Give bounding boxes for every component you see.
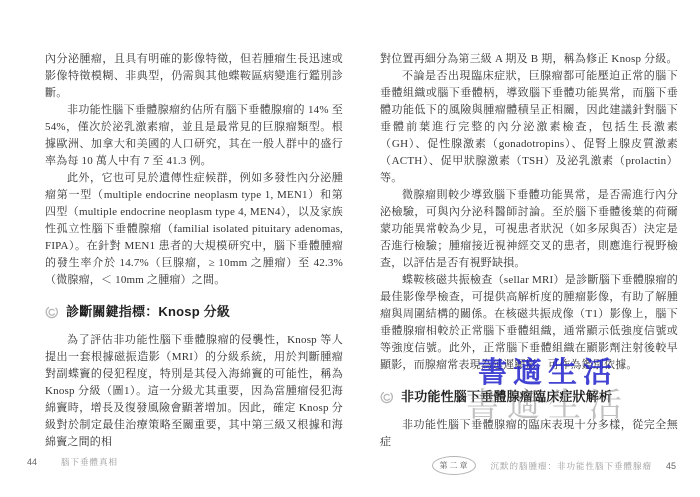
body-paragraph: 不論是否出現臨床症狀，巨腺瘤都可能壓迫正常的腦下垂體組織或腦下垂體柄，導致腦下垂… (380, 68, 678, 187)
left-page-footer: 44 腦下垂體真相 (27, 456, 118, 468)
body-paragraph: 對位置再細分為第三級 A 期及 B 期，稱為修正 Knosp 分級。 (380, 51, 678, 68)
body-paragraph: 蝶鞍核磁共振檢查（sellar MRI）是診斷腦下垂體腺瘤的最佳影像學檢查，可提… (380, 272, 678, 374)
right-page: 對位置再細分為第三級 A 期及 B 期，稱為修正 Knosp 分級。 不論是否出… (380, 51, 678, 451)
right-page-footer: 第二章 沉默的腦腫瘤：非功能性腦下垂體腺瘤 45 (432, 456, 676, 475)
section-heading-text: 非功能性腦下垂體腺瘤臨床症狀解析 (401, 388, 612, 405)
section-heading-text: 診斷關鍵指標：Knosp 分級 (66, 303, 230, 320)
body-paragraph: 非功能性腦下垂體腺瘤約佔所有腦下垂體腺瘤的 14% 至 54%，僅次於泌乳激素瘤… (45, 102, 343, 170)
section-heading: 非功能性腦下垂體腺瘤臨床症狀解析 (380, 388, 678, 405)
body-paragraph: 此外，它也可見於遺傳性症候群，例如多發性內分泌腫瘤第一型（multiple en… (45, 170, 343, 289)
section-heading: 診斷關鍵指標：Knosp 分級 (45, 303, 343, 320)
chapter-badge: 第二章 (432, 456, 476, 475)
spiral-icon (45, 305, 59, 319)
left-page: 內分泌腫瘤，且具有明確的影像特徵，但若腫瘤生長迅速或影像特徵模糊、非典型，仍需與… (45, 51, 343, 451)
page-number: 45 (666, 461, 676, 471)
body-paragraph: 為了評估非功能性腦下垂體腺瘤的侵襲性，Knosp 等人提出一套根據磁振造影（MR… (45, 332, 343, 451)
book-title: 腦下垂體真相 (61, 456, 118, 468)
body-paragraph: 內分泌腫瘤，且具有明確的影像特徵，但若腫瘤生長迅速或影像特徵模糊、非典型，仍需與… (45, 51, 343, 102)
body-paragraph: 微腺瘤則較少導致腦下垂體功能異常，是否需進行內分泌檢驗，可與內分泌科醫師討論。至… (380, 187, 678, 272)
body-paragraph: 非功能性腦下垂體腺瘤的臨床表現十分多樣，從完全無症 (380, 417, 678, 451)
chapter-title: 沉默的腦腫瘤：非功能性腦下垂體腺瘤 (490, 460, 652, 472)
page-number: 44 (27, 457, 37, 467)
book-spread: 內分泌腫瘤，且具有明確的影像特徵，但若腫瘤生長迅速或影像特徵模糊、非典型，仍需與… (0, 0, 700, 497)
spiral-icon (380, 390, 394, 404)
